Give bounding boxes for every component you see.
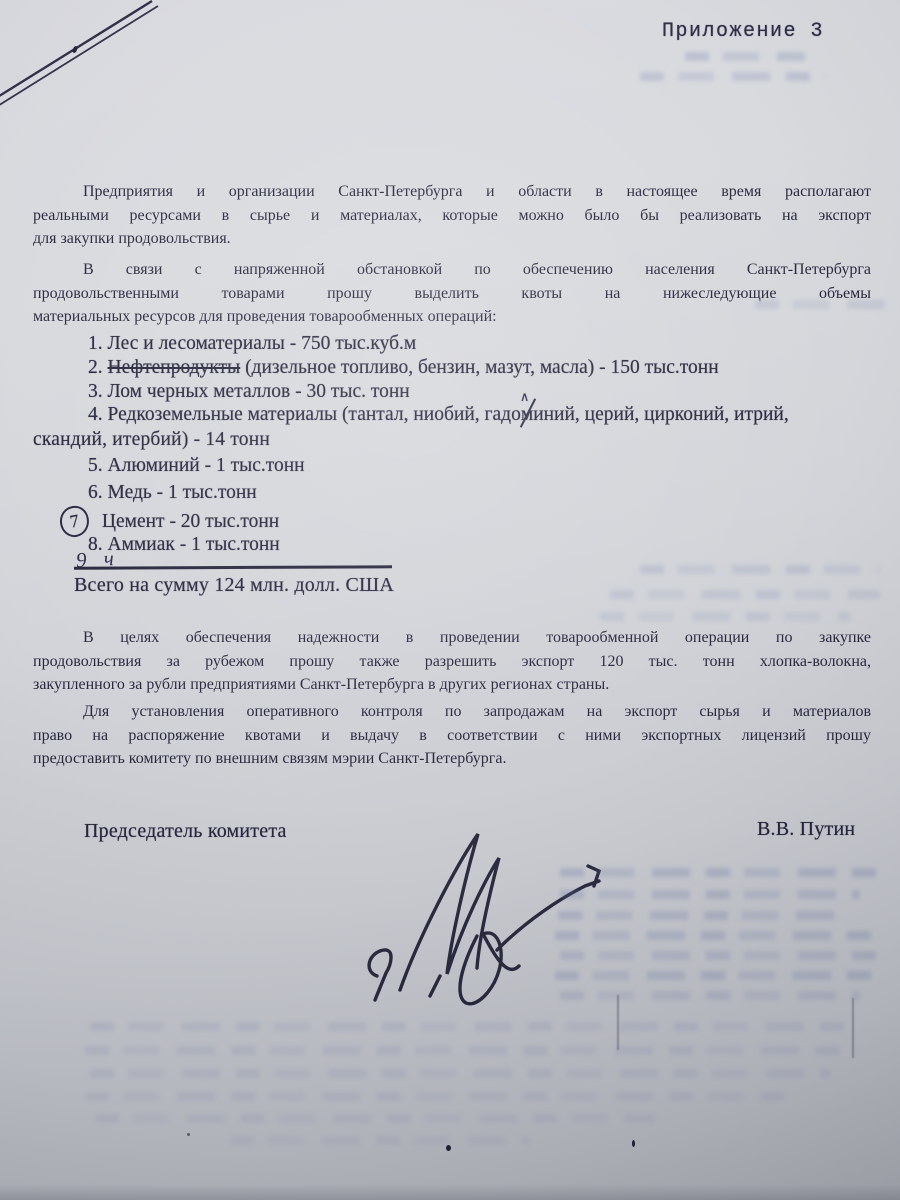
bleed-through-line xyxy=(685,52,805,61)
paragraph-line: В связи с напряженной обстановкой по обе… xyxy=(33,258,871,282)
scratch-mark xyxy=(852,998,854,1058)
list-item-5: 5. Алюминий - 1 тыс.тонн xyxy=(88,455,305,477)
corner-pen-strokes xyxy=(0,0,200,130)
bleed-through-line xyxy=(90,1069,830,1078)
paragraph-line: реальными ресурсами в сырье и материалах… xyxy=(33,204,871,228)
circled-number-7: 7 xyxy=(58,504,92,540)
ink-speck xyxy=(632,1140,635,1147)
bleed-through-line xyxy=(755,300,885,309)
list-item-2: 2. Нефтепродукты (дизельное топливо, бен… xyxy=(88,357,719,379)
insertion-caret: ∧ xyxy=(520,389,530,405)
paragraph-line: Для установления оперативного контроля п… xyxy=(33,700,871,724)
list-item-2-number: 2. xyxy=(88,357,103,378)
bleed-through-line xyxy=(555,931,885,940)
bleed-through-line xyxy=(560,991,860,1000)
bleed-through-line xyxy=(640,565,880,574)
signatory-name: В.В. Путин xyxy=(757,818,855,841)
paragraph-line: продовольствия за рубежом прошу также ра… xyxy=(33,650,871,674)
bleed-through-line xyxy=(555,971,885,980)
bleed-through-line xyxy=(560,951,880,960)
bleed-through-line xyxy=(95,1114,655,1123)
list-item-3: 3. Лом черных металлов - 30 тыс. тонн xyxy=(88,381,410,403)
total-line: Всего на сумму 124 млн. долл. США xyxy=(74,574,394,597)
paragraph-4: Для установления оперативного контроля п… xyxy=(33,700,871,771)
bleed-through-line xyxy=(558,911,838,920)
paragraph-2: В связи с напряженной обстановкой по обе… xyxy=(33,258,871,329)
list-item-1: 1. Лес и лесоматериалы - 750 тыс.куб.м xyxy=(88,333,416,355)
bleed-through-line xyxy=(230,1136,530,1145)
bleed-through-line xyxy=(85,1046,855,1055)
ink-speck xyxy=(187,1133,190,1136)
total-separator-line xyxy=(74,565,392,569)
list-item-7: 7 Цемент - 20 тыс.тонн xyxy=(60,506,279,537)
annex-label: Приложение 3 xyxy=(662,20,824,43)
paragraph-line: В целях обеспечения надежности в проведе… xyxy=(33,626,871,650)
list-item-6: 6. Медь - 1 тыс.тонн xyxy=(88,482,257,504)
bleed-through-line xyxy=(610,590,880,599)
scanned-document-page: Приложение 3 Предприятия и организации С… xyxy=(0,0,900,1200)
ink-speck xyxy=(446,1145,451,1151)
paragraph-1: Предприятия и организации Санкт-Петербур… xyxy=(33,180,871,251)
paragraph-line: право на распоряжение квотами и выдачу в… xyxy=(33,724,871,748)
list-item-2-rest: (дизельное топливо, бензин, мазут, масла… xyxy=(245,357,719,378)
paragraph-line: продовольственными товарами прошу выдели… xyxy=(33,282,871,306)
list-item-2-struck-word: Нефтепродукты xyxy=(108,357,241,378)
list-item-4-pre: 4. Редкоземельные материалы (тантал, нио… xyxy=(33,404,521,425)
bleed-through-line xyxy=(560,868,890,877)
bleed-through-line xyxy=(90,1022,850,1031)
list-item-4-line-1: 4. Редкоземельные материалы (тантал, нио… xyxy=(33,404,871,426)
bleed-through-line xyxy=(600,612,850,621)
paragraph-line: для закупки продовольствия. xyxy=(33,227,871,251)
handwritten-correction-mark: ∧м xyxy=(521,404,533,426)
bleed-through-line xyxy=(560,890,860,899)
list-item-4-line-2: скандий, итербий) - 14 тонн xyxy=(33,429,270,451)
photo-bottom-shadow xyxy=(0,1184,900,1200)
paragraph-line: предоставить комитету по внешним связям … xyxy=(33,747,871,771)
signatory-title: Председатель комитета xyxy=(84,820,287,843)
list-item-7-text: Цемент - 20 тыс.тонн xyxy=(102,511,279,532)
list-item-4-post: иний, церий, цирконий, итрий, xyxy=(533,404,789,425)
paragraph-line: материальных ресурсов для проведения тов… xyxy=(33,305,871,329)
paragraph-line: закупленного за рубли предприятиями Санк… xyxy=(33,673,871,697)
bleed-through-line xyxy=(640,72,825,81)
paragraph-3: В целях обеспечения надежности в проведе… xyxy=(33,626,871,697)
bleed-through-line xyxy=(85,1092,785,1101)
paragraph-line: Предприятия и организации Санкт-Петербур… xyxy=(33,180,871,204)
scratch-mark xyxy=(617,995,619,1050)
